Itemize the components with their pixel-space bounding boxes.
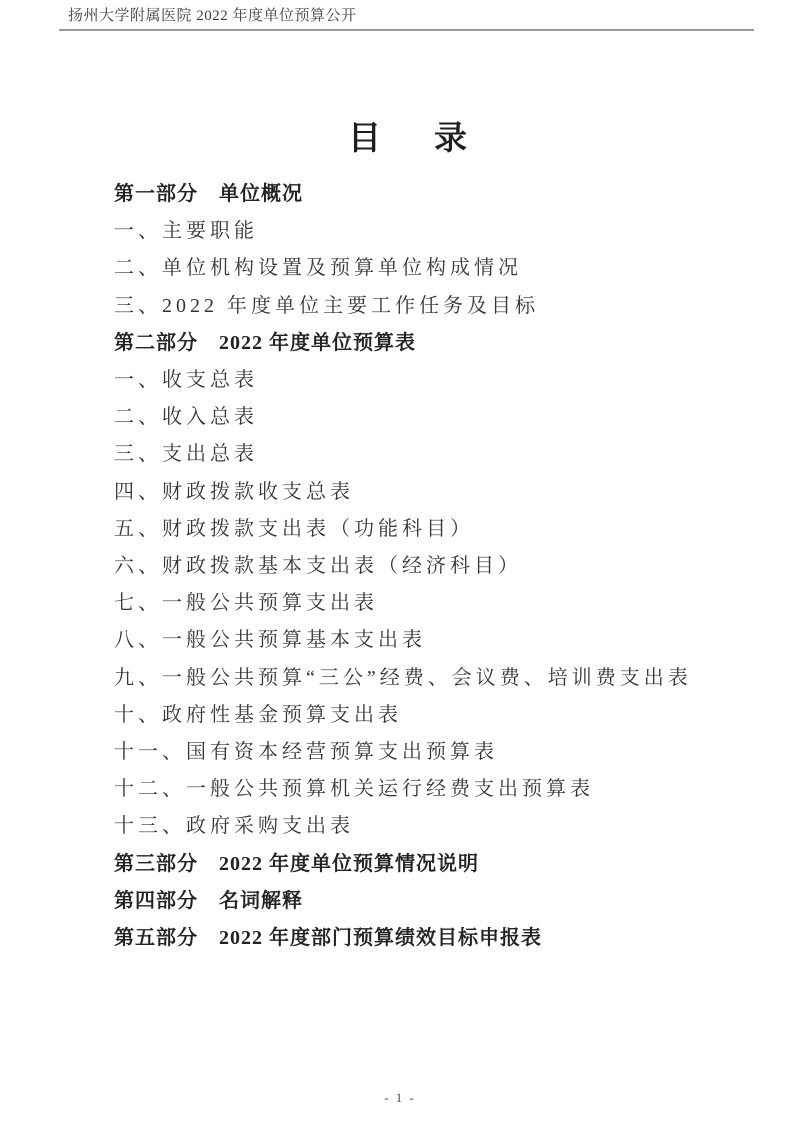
toc-entry: 七、一般公共预算支出表 <box>114 585 760 622</box>
toc-entry: 八、一般公共预算基本支出表 <box>114 622 760 659</box>
toc-entry: 十、政府性基金预算支出表 <box>114 697 760 734</box>
page-header: 扬州大学附属医院 2022 年度单位预算公开 <box>59 7 754 31</box>
toc-entry: 三、支出总表 <box>114 436 760 473</box>
toc-entry: 四、财政拨款收支总表 <box>114 474 760 511</box>
toc-entry: 九、一般公共预算“三公”经费、会议费、培训费支出表 <box>114 660 760 697</box>
toc-entry: 十一、国有资本经营预算支出预算表 <box>114 734 760 771</box>
page-number: - 1 - <box>0 1090 800 1105</box>
toc-entry: 十二、一般公共预算机关运行经费支出预算表 <box>114 771 760 808</box>
toc-entry: 二、收入总表 <box>114 399 760 436</box>
toc-entry: 六、财政拨款基本支出表（经济科目） <box>114 548 760 585</box>
document-page: 扬州大学附属医院 2022 年度单位预算公开 目 录 第一部分 单位概况 一、主… <box>0 0 800 1132</box>
toc-entry: 二、单位机构设置及预算单位构成情况 <box>114 250 760 287</box>
toc-entry: 一、收支总表 <box>114 362 760 399</box>
header-title: 扬州大学附属医院 2022 年度单位预算公开 <box>68 8 357 24</box>
table-of-contents: 第一部分 单位概况 一、主要职能 二、单位机构设置及预算单位构成情况 三、202… <box>114 176 760 957</box>
toc-entry: 十三、政府采购支出表 <box>114 808 760 845</box>
toc-entry: 五、财政拨款支出表（功能科目） <box>114 511 760 548</box>
toc-part-heading: 第一部分 单位概况 <box>114 176 760 213</box>
document-title: 目 录 <box>0 112 800 159</box>
toc-part-heading: 第三部分 2022 年度单位预算情况说明 <box>114 846 760 883</box>
toc-entry: 三、2022 年度单位主要工作任务及目标 <box>114 288 760 325</box>
toc-part-heading: 第四部分 名词解释 <box>114 883 760 920</box>
toc-part-heading: 第五部分 2022 年度部门预算绩效目标申报表 <box>114 920 760 957</box>
toc-part-heading: 第二部分 2022 年度单位预算表 <box>114 325 760 362</box>
toc-entry: 一、主要职能 <box>114 213 760 250</box>
